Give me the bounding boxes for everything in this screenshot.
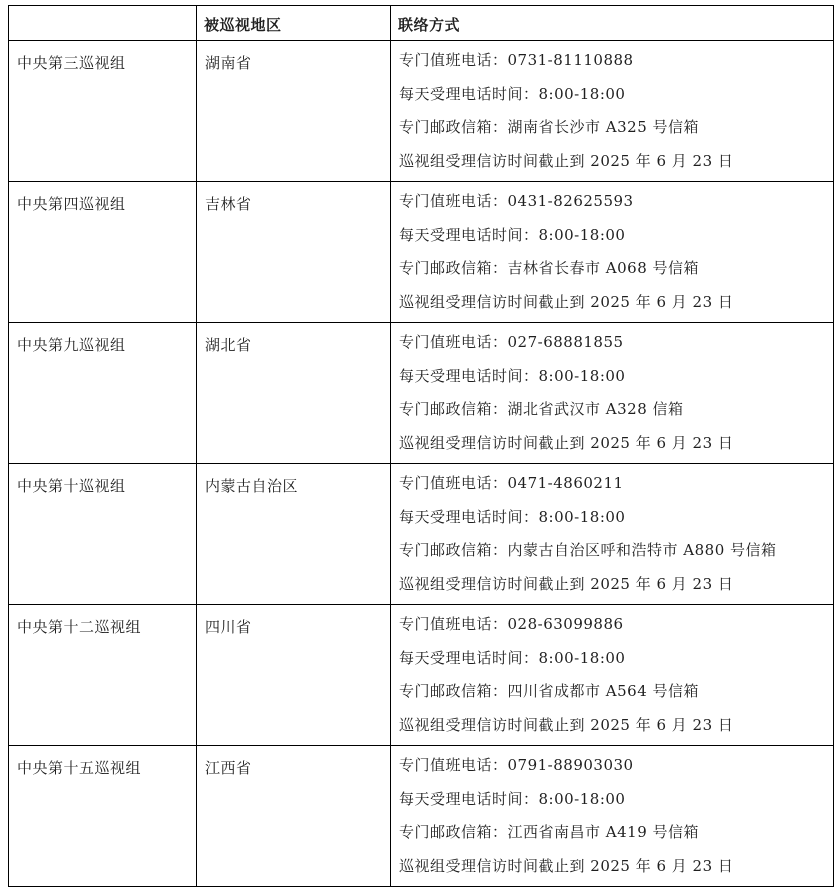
contact-deadline-line: 巡视组受理信访时间截止到 2025 年 6 月 23 日 bbox=[399, 850, 829, 884]
contact-deadline-line: 巡视组受理信访时间截止到 2025 年 6 月 23 日 bbox=[399, 145, 829, 179]
contact-phone-line: 专门值班电话：0731-81110888 bbox=[399, 44, 829, 78]
inspection-group-cell: 中央第十巡视组 bbox=[9, 464, 197, 605]
contact-deadline-line: 巡视组受理信访时间截止到 2025 年 6 月 23 日 bbox=[399, 286, 829, 320]
contact-hours-line: 每天受理电话时间：8:00-18:00 bbox=[399, 360, 829, 394]
inspection-group-cell: 中央第三巡视组 bbox=[9, 41, 197, 182]
header-contact: 联络方式 bbox=[391, 6, 834, 41]
contact-hours-line: 每天受理电话时间：8:00-18:00 bbox=[399, 783, 829, 817]
inspection-group-cell: 中央第九巡视组 bbox=[9, 323, 197, 464]
region-cell: 江西省 bbox=[197, 746, 391, 887]
contact-cell: 专门值班电话：0471-4860211 每天受理电话时间：8:00-18:00 … bbox=[391, 464, 834, 605]
table-row: 中央第十巡视组 内蒙古自治区 专门值班电话：0471-4860211 每天受理电… bbox=[9, 464, 834, 605]
contact-mailbox-line: 专门邮政信箱：四川省成都市 A564 号信箱 bbox=[399, 675, 829, 709]
region-cell: 内蒙古自治区 bbox=[197, 464, 391, 605]
inspection-group-cell: 中央第十五巡视组 bbox=[9, 746, 197, 887]
contact-deadline-line: 巡视组受理信访时间截止到 2025 年 6 月 23 日 bbox=[399, 427, 829, 461]
header-group bbox=[9, 6, 197, 41]
contact-mailbox-line: 专门邮政信箱：湖南省长沙市 A325 号信箱 bbox=[399, 111, 829, 145]
table-row: 中央第十二巡视组 四川省 专门值班电话：028-63099886 每天受理电话时… bbox=[9, 605, 834, 746]
contact-mailbox-line: 专门邮政信箱：内蒙古自治区呼和浩特市 A880 号信箱 bbox=[399, 534, 829, 568]
contact-cell: 专门值班电话：0731-81110888 每天受理电话时间：8:00-18:00… bbox=[391, 41, 834, 182]
header-region: 被巡视地区 bbox=[197, 6, 391, 41]
contact-hours-line: 每天受理电话时间：8:00-18:00 bbox=[399, 78, 829, 112]
inspection-group-cell: 中央第四巡视组 bbox=[9, 182, 197, 323]
contact-deadline-line: 巡视组受理信访时间截止到 2025 年 6 月 23 日 bbox=[399, 709, 829, 743]
contact-cell: 专门值班电话：0431-82625593 每天受理电话时间：8:00-18:00… bbox=[391, 182, 834, 323]
contact-phone-line: 专门值班电话：028-63099886 bbox=[399, 608, 829, 642]
contact-phone-line: 专门值班电话：027-68881855 bbox=[399, 326, 829, 360]
region-cell: 吉林省 bbox=[197, 182, 391, 323]
contact-mailbox-line: 专门邮政信箱：吉林省长春市 A068 号信箱 bbox=[399, 252, 829, 286]
inspection-table-container: 被巡视地区 联络方式 中央第三巡视组 湖南省 专门值班电话：0731-81110… bbox=[8, 5, 833, 887]
contact-cell: 专门值班电话：0791-88903030 每天受理电话时间：8:00-18:00… bbox=[391, 746, 834, 887]
region-cell: 湖南省 bbox=[197, 41, 391, 182]
region-cell: 湖北省 bbox=[197, 323, 391, 464]
contact-hours-line: 每天受理电话时间：8:00-18:00 bbox=[399, 642, 829, 676]
contact-phone-line: 专门值班电话：0791-88903030 bbox=[399, 749, 829, 783]
table-row: 中央第十五巡视组 江西省 专门值班电话：0791-88903030 每天受理电话… bbox=[9, 746, 834, 887]
table-row: 中央第三巡视组 湖南省 专门值班电话：0731-81110888 每天受理电话时… bbox=[9, 41, 834, 182]
inspection-group-cell: 中央第十二巡视组 bbox=[9, 605, 197, 746]
contact-mailbox-line: 专门邮政信箱：江西省南昌市 A419 号信箱 bbox=[399, 816, 829, 850]
contact-cell: 专门值班电话：027-68881855 每天受理电话时间：8:00-18:00 … bbox=[391, 323, 834, 464]
contact-phone-line: 专门值班电话：0431-82625593 bbox=[399, 185, 829, 219]
contact-cell: 专门值班电话：028-63099886 每天受理电话时间：8:00-18:00 … bbox=[391, 605, 834, 746]
inspection-groups-table: 被巡视地区 联络方式 中央第三巡视组 湖南省 专门值班电话：0731-81110… bbox=[8, 5, 834, 887]
table-row: 中央第四巡视组 吉林省 专门值班电话：0431-82625593 每天受理电话时… bbox=[9, 182, 834, 323]
contact-hours-line: 每天受理电话时间：8:00-18:00 bbox=[399, 501, 829, 535]
contact-hours-line: 每天受理电话时间：8:00-18:00 bbox=[399, 219, 829, 253]
contact-mailbox-line: 专门邮政信箱：湖北省武汉市 A328 信箱 bbox=[399, 393, 829, 427]
region-cell: 四川省 bbox=[197, 605, 391, 746]
table-row: 中央第九巡视组 湖北省 专门值班电话：027-68881855 每天受理电话时间… bbox=[9, 323, 834, 464]
contact-phone-line: 专门值班电话：0471-4860211 bbox=[399, 467, 829, 501]
table-header-row: 被巡视地区 联络方式 bbox=[9, 6, 834, 41]
contact-deadline-line: 巡视组受理信访时间截止到 2025 年 6 月 23 日 bbox=[399, 568, 829, 602]
